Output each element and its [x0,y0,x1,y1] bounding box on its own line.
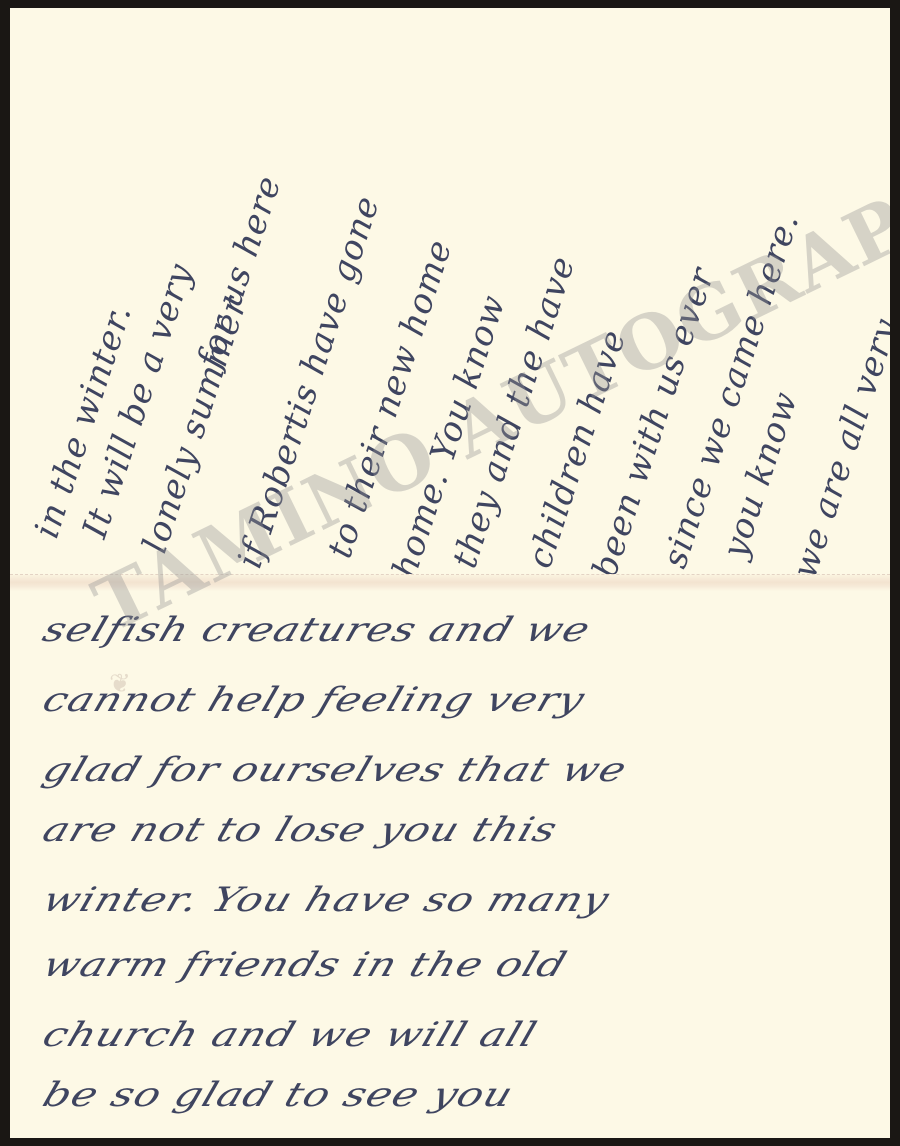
letter-bottom-panel: ❦ selfish creatures and we cannot help f… [10,590,890,1138]
letter-sheet: in the winter. It will be a very lonely … [10,8,890,1138]
letter-line: church and we will all [38,1015,542,1054]
letter-line: are not to lose you this [38,810,563,849]
rotated-line: we are all very [788,315,890,574]
letter-line: cannot help feeling very [38,680,590,719]
letter-line: winter. You have so many [38,880,615,919]
letter-line: warm friends in the old [38,945,572,984]
paper-fold-line [10,574,890,591]
letter-line: be so glad to see you [38,1075,519,1114]
letter-top-panel-rotated: in the winter. It will be a very lonely … [10,8,890,574]
letter-line: selfish creatures and we [38,610,596,649]
letter-line: glad for ourselves that we [38,750,632,789]
